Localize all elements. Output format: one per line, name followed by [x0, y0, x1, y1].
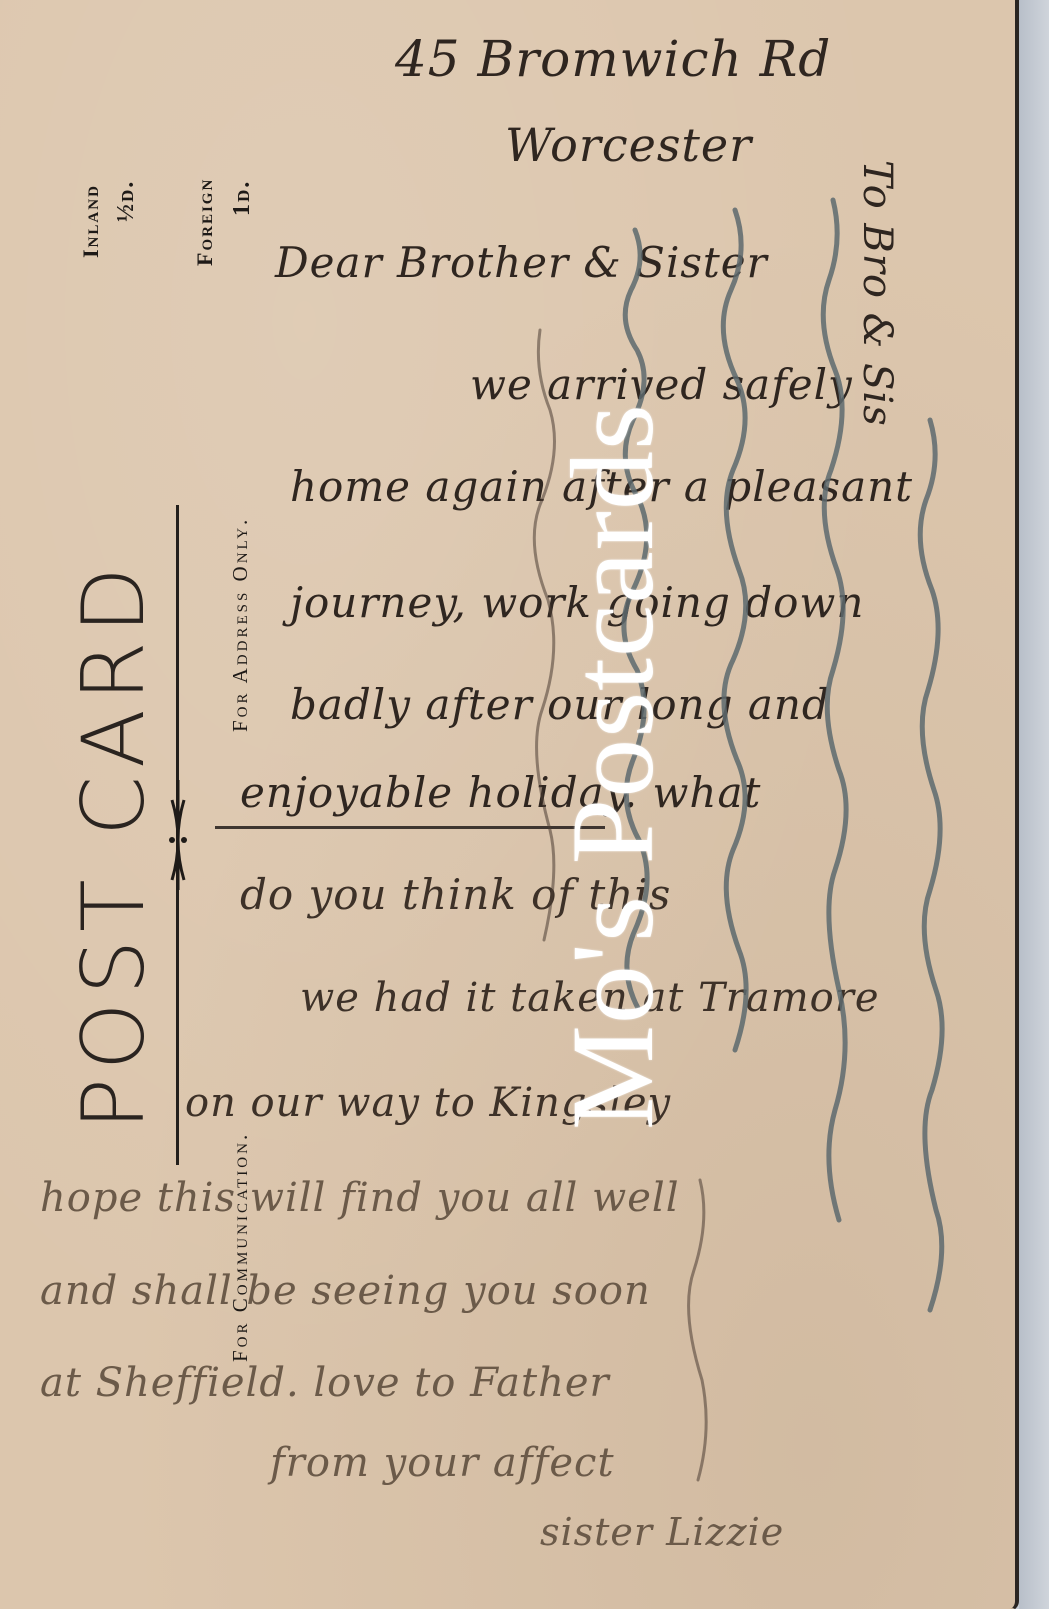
- signature: sister Lizzie: [540, 1510, 784, 1554]
- message-line: at Sheffield. love to Father: [40, 1360, 610, 1406]
- sender-address-line-1: 45 Bromwich Rd: [395, 30, 831, 88]
- foreign-rate: 1d.: [229, 180, 256, 216]
- message-line: Dear Brother & Sister: [275, 238, 768, 287]
- message-line: and shall be seeing you soon: [40, 1268, 651, 1314]
- message-line: hope this will find you all well: [40, 1175, 680, 1221]
- margin-note: To Bro & Sis: [854, 160, 900, 427]
- address-side-label: For Address Only.: [228, 517, 253, 732]
- post-card-title: POST CARD: [64, 559, 164, 1130]
- divider-ornament-icon: [164, 780, 192, 890]
- inland-label: Inland: [78, 184, 104, 258]
- message-line: we arrived safely: [470, 360, 853, 409]
- watermark: Mo's Postcards: [545, 403, 681, 1130]
- sender-address-line-2: Worcester: [505, 118, 752, 172]
- postcard-back: Inland ½d. Foreign 1d. POST CARD For Add…: [0, 0, 1019, 1609]
- inland-rate: ½d.: [113, 180, 140, 222]
- message-line: from your affect: [270, 1440, 615, 1486]
- foreign-label: Foreign: [192, 178, 218, 266]
- scan-background-edge: [1019, 0, 1049, 1609]
- message-line: enjoyable holiday. what: [240, 768, 761, 817]
- message-side-label: For Communication.: [228, 1132, 253, 1362]
